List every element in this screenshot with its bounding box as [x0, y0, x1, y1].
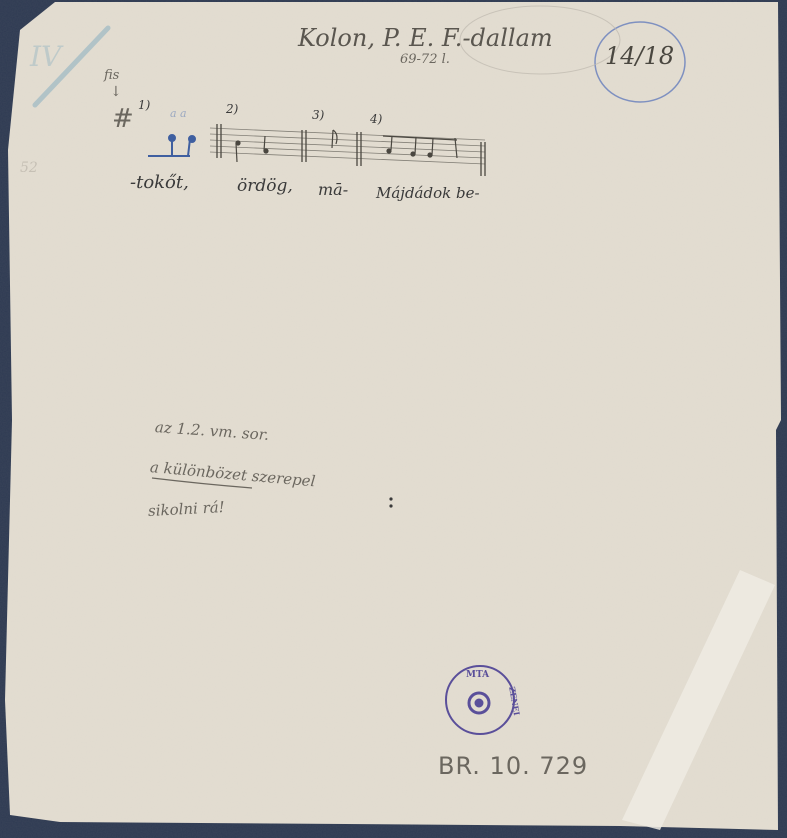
subtitle: 69-72 l. [400, 52, 450, 67]
lyric-3: mā- [318, 180, 348, 199]
lyric-4: Májdádok be- [376, 184, 480, 202]
stamp-top-text: MTA [466, 670, 489, 680]
sharp-symbol: # [112, 104, 134, 134]
small-marks: a a [170, 107, 187, 120]
lyric-2: ördög, [237, 176, 293, 196]
segment-label-1: 1) [138, 98, 150, 112]
segment-label-4: 4) [370, 112, 382, 126]
circled-number: 14/18 [605, 42, 674, 70]
title: Kolon, P. E. F.-dallam [298, 24, 553, 52]
segment-label-2: 2) [226, 102, 238, 116]
segment-label-3: 3) [312, 108, 324, 122]
corner-roman-mark: IV [30, 40, 61, 73]
key-note-label: fis [104, 68, 119, 83]
catalog-number: BR. 10. 729 [438, 752, 588, 780]
arrow-down-icon: ↓ [110, 84, 122, 100]
lyric-1: -tokőt, [130, 172, 189, 193]
faint-margin-mark: 52 [20, 160, 38, 176]
